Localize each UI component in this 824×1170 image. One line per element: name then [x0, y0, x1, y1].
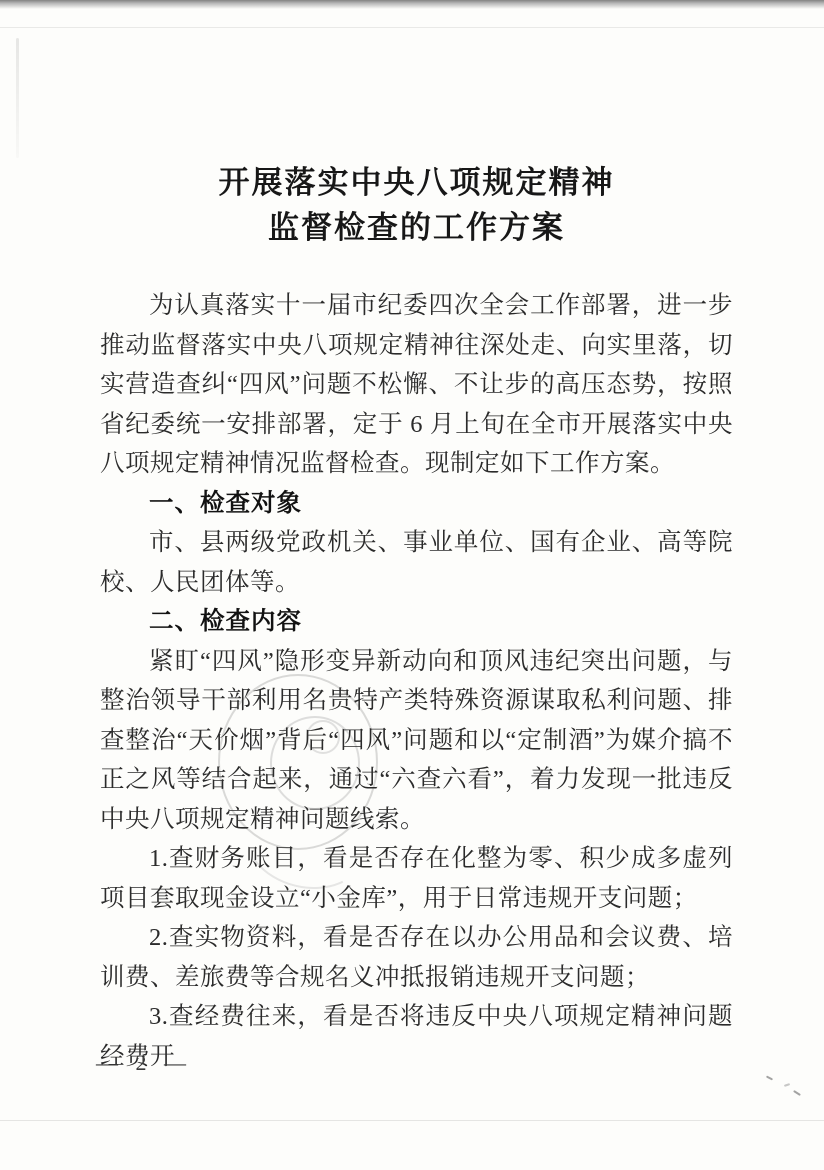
scan-edge-shadow-top — [0, 0, 824, 9]
body-paragraph-item-1: 1.查财务账目，看是否存在化整为零、积少成多虚列项目套取现金设立“小金库”，用于… — [100, 839, 733, 918]
pencil-mark — [793, 1090, 801, 1096]
scanned-document-page: { "doc": { "title_lines": [ "开展落实中央八项规定精… — [0, 0, 824, 1170]
page-number: — 2 — — [96, 1050, 192, 1076]
document-title-line-2: 监督检查的工作方案 — [100, 205, 733, 250]
body-paragraph-content: 紧盯“四风”隐形变异新动向和顶风违纪突出问题，与整治领导干部利用名贵特产类特殊资… — [100, 642, 733, 840]
scan-fold-line-bottom — [0, 1120, 824, 1121]
section-heading-1: 一、检查对象 — [100, 484, 733, 524]
body-paragraph-item-3: 3.查经费往来，看是否将违反中央八项规定精神问题经费开 — [100, 997, 733, 1076]
pencil-mark — [784, 1083, 790, 1087]
body-paragraph-item-2: 2.查实物资料，看是否存在以办公用品和会议费、培训费、差旅费等合规名义冲抵报销违… — [100, 918, 733, 997]
scan-fold-line-top — [0, 27, 824, 28]
body-paragraph-targets: 市、县两级党政机关、事业单位、国有企业、高等院校、人民团体等。 — [100, 523, 733, 602]
section-heading-2: 二、检查内容 — [100, 602, 733, 642]
document-title: 开展落实中央八项规定精神 监督检查的工作方案 — [100, 160, 733, 250]
document-title-line-1: 开展落实中央八项规定精神 — [100, 160, 733, 205]
scan-streak-left-edge — [16, 38, 19, 158]
document-body: 为认真落实十一届市纪委四次全会工作部署，进一步推动监督落实中央八项规定精神往深处… — [100, 286, 733, 1076]
pencil-mark — [766, 1075, 773, 1080]
body-paragraph-intro: 为认真落实十一届市纪委四次全会工作部署，进一步推动监督落实中央八项规定精神往深处… — [100, 286, 733, 484]
